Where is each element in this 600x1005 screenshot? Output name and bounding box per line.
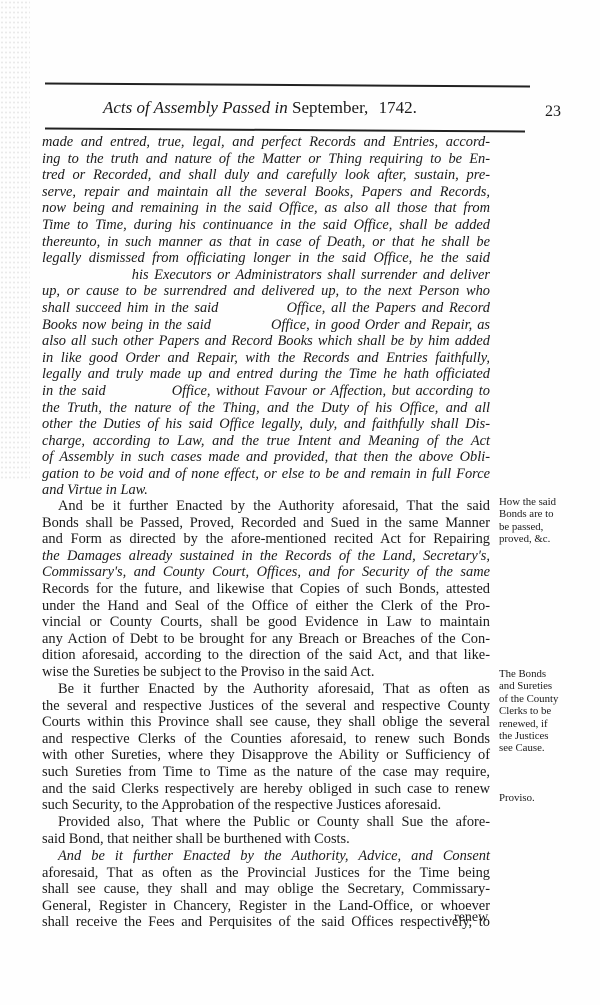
text-line: shall see cause, they shall and may obli… [42,881,490,898]
margin-note-line: Proviso. [499,792,574,804]
paragraph-bonds-passed: And be it further Enacted by the Authori… [42,498,490,681]
header-top-rule [45,83,530,87]
paragraph-provincial-justices: And be it further Enacted by the Authori… [42,848,490,931]
text-line: aforesaid, That as often as the Provinci… [42,865,490,882]
paragraph-proviso: Provided also, That where the Public or … [42,814,490,847]
text-line: in the said Office, without Favour or Af… [42,383,490,400]
margin-note-line: Clerks to be [499,705,574,717]
text-line: Bonds shall be Passed, Proved, Recorded … [42,515,490,532]
margin-note-sureties-renewed: The Bonds and Sureties of the County Cle… [499,668,574,755]
text-line: of Assembly in such cases made and provi… [42,449,490,466]
running-header: Acts of Assembly Passed in September, 17… [103,98,573,124]
header-title-month: September, [292,98,368,117]
text-line: the Truth, the nature of the Thing, and … [42,400,490,417]
text-line: other the Duties of his said Office lega… [42,416,490,433]
text-line: charge, according to Law, and the true I… [42,433,490,450]
text-line: wise the Sureties be subject to the Prov… [42,664,490,681]
text-line: legally dismissed from officiating longe… [42,250,490,267]
text-line: serve, repair and maintain all the sever… [42,184,490,201]
margin-note-proviso: Proviso. [499,792,574,804]
text-line: Books now being in the said Office, in g… [42,317,490,334]
margin-note-line: and Sureties [499,680,574,692]
text-line: legally and truly made up and entred dur… [42,366,490,383]
text-line: Courts within this Province shall see ca… [42,714,490,731]
text-line: his Executors or Administrators shall su… [42,267,490,284]
text-line: and Virtue in Law. [42,482,490,499]
text-line: shall receive the Fees and Perquisites o… [42,914,490,931]
text-line: any Action of Debt to be brought for any… [42,631,490,648]
margin-note-line: see Cause. [499,742,574,754]
margin-note-bonds-passed: How the said Bonds are to be passed, pro… [499,496,574,546]
text-line: with other Sureties, where they Disappro… [42,747,490,764]
text-line: gation to be void and of none effect, or… [42,466,490,483]
text-line: Be it further Enacted by the Authority a… [42,681,490,698]
text-line: now being and remaining in the said Offi… [42,200,490,217]
text-line: and Form as directed by the afore-mentio… [42,531,490,548]
margin-note-line: Bonds are to [499,508,574,520]
page-number: 23 [545,103,561,121]
text-line: the several and respective Justices of t… [42,698,490,715]
text-line: Records for the future, and likewise tha… [42,581,490,598]
margin-note-line: How the said [499,496,574,508]
paragraph-bond-condition: made and entred, true, legal, and perfec… [42,134,490,499]
catchword: renew [454,910,488,926]
text-line: vincial or County Courts, shall be good … [42,614,490,631]
text-line: made and entred, true, legal, and perfec… [42,134,490,151]
text-line: Provided also, That where the Public or … [42,814,490,831]
text-line: the Damages already sustained in the Rec… [42,548,490,565]
margin-note-line: proved, &c. [499,533,574,545]
text-line: up, or cause to be surrendred and delive… [42,283,490,300]
margin-note-line: be passed, [499,521,574,533]
text-line: And be it further Enacted by the Authori… [42,848,490,865]
text-line: such Sureties from Time to Time as the n… [42,764,490,781]
text-line: Time to Time, during his continuance in … [42,217,490,234]
margin-note-line: renewed, if [499,718,574,730]
text-line: under the Hand and Seal of the Office of… [42,598,490,615]
text-line: Commissary's, and County Court, Offices,… [42,564,490,581]
text-line: and the said Clerks respectively are her… [42,781,490,798]
paragraph-sureties-renewed: Be it further Enacted by the Authority a… [42,681,490,814]
margin-note-line: The Bonds [499,668,574,680]
text-line: ing to the truth and nature of the Matte… [42,151,490,168]
header-year: 1742. [379,98,417,117]
text-line: And be it further Enacted by the Authori… [42,498,490,515]
text-line: also all such other Papers and Record Bo… [42,333,490,350]
margin-note-line: of the County [499,693,574,705]
text-line: shall succeed him in the said Office, al… [42,300,490,317]
text-line: thereunto, in such manner as that in cas… [42,234,490,251]
text-line: in like good Order and Repair, with the … [42,350,490,367]
text-line: General, Register in Chancery, Register … [42,898,490,915]
header-title-italic: Acts of Assembly Passed in [103,98,288,117]
text-line: and respective Clerks of the Counties af… [42,731,490,748]
text-line: dition aforesaid, according to the direc… [42,647,490,664]
text-line: tred or Recorded, and shall duly and car… [42,167,490,184]
text-line: said Bond, that neither shall be burthen… [42,831,490,848]
margin-note-line: the Justices [499,730,574,742]
header-bottom-rule [45,128,525,132]
text-line: such Security, to the Approbation of the… [42,797,490,814]
scan-gutter-noise [0,0,30,480]
